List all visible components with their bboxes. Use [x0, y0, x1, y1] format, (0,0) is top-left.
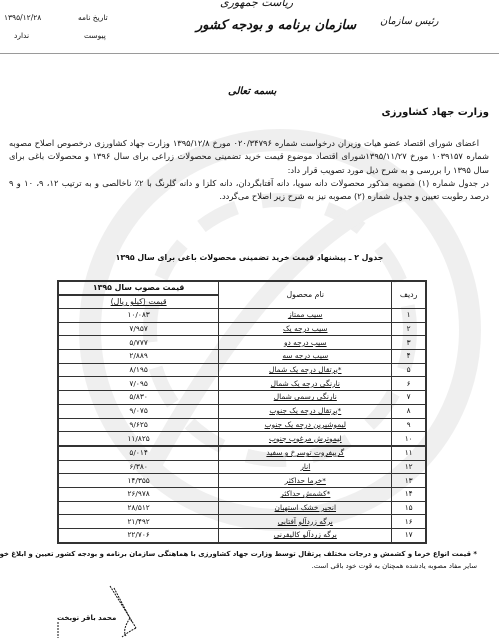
row-number-cell: ۹ — [392, 418, 426, 432]
header-divider — [0, 53, 499, 54]
row-number-cell: ۳ — [392, 336, 426, 350]
product-name-cell: انار — [219, 460, 392, 474]
price-cell: ۹/۶۲۵ — [58, 418, 219, 432]
product-name-cell: نارنگی درجه یک شمال — [219, 377, 392, 391]
organization-name: سازمان برنامه و بودجه کشور — [196, 18, 356, 33]
attachment-label: پیوست — [84, 31, 106, 40]
product-name-cell: برگه زردآلو کالیفرنی — [219, 529, 392, 543]
product-name-cell: سیب درجه سه — [219, 350, 392, 364]
letter-date-label: تاریخ نامه — [78, 13, 108, 22]
table-row: ۱۵انجیر خشک استهبان۲۸/۵۱۲ — [58, 501, 426, 515]
attachment-value: ندارد — [14, 31, 29, 40]
product-name-cell: برگه زردآلو آفتابی — [219, 515, 392, 529]
product-name-cell: سیب درجه یک — [219, 322, 392, 336]
product-name-cell: *کشمش حداکثر — [219, 487, 392, 501]
product-name-cell: انجیر خشک استهبان — [219, 501, 392, 515]
price-cell: ۸/۱۹۵ — [58, 363, 219, 377]
header-approved-price-year: قیمت مصوب سال ۱۳۹۵ — [58, 281, 219, 295]
row-number-cell: ۷ — [392, 391, 426, 405]
price-cell: ۶/۳۸۰ — [58, 460, 219, 474]
product-name-cell: *خرما حداکثر — [219, 474, 392, 488]
row-number-cell: ۱۴ — [392, 487, 426, 501]
price-cell: ۲۱/۴۹۲ — [58, 515, 219, 529]
price-cell: ۲۲/۷۰۶ — [58, 529, 219, 543]
header-price-unit: قیمت (کیلو ریال) — [58, 295, 219, 309]
table-row: ۴سیب درجه سه۲/۸۸۹ — [58, 350, 426, 364]
signature-scribble — [52, 584, 152, 638]
row-number-cell: ۱۰ — [392, 432, 426, 446]
price-cell: ۲۶/۹۷۸ — [58, 487, 219, 501]
footnote-asterisk-note: * قیمت انواع خرما و کشمش و درجات مختلف پ… — [7, 548, 477, 560]
product-name-cell: نارنگی رسمی شمال — [219, 391, 392, 405]
table-row: ۱سیب ممتاز۱۰/۰۸۳ — [58, 309, 426, 323]
row-number-cell: ۱۵ — [392, 501, 426, 515]
guaranteed-price-table: ردیف نام محصول قیمت مصوب سال ۱۳۹۵ قیمت (… — [57, 280, 427, 544]
price-cell: ۷/۰۹۵ — [58, 377, 219, 391]
table-caption: جدول ۲ ـ پیشنهاد قیمت خرید تضمینی محصولا… — [0, 253, 499, 262]
price-cell: ۵/۸۳۰ — [58, 391, 219, 405]
row-number-cell: ۲ — [392, 322, 426, 336]
footnote: * قیمت انواع خرما و کشمش و درجات مختلف پ… — [7, 548, 477, 572]
price-cell: ۲/۸۸۹ — [58, 350, 219, 364]
product-name-cell: سیب ممتاز — [219, 309, 392, 323]
signer-name: محمد باقر نوبخت — [57, 614, 116, 622]
row-number-cell: ۱۷ — [392, 529, 426, 543]
product-name-cell: لیموترش مرغوب جنوب — [219, 432, 392, 446]
body-paragraph: در جدول شماره (۱) مصوبه مذکور محصولات دا… — [9, 177, 489, 204]
row-number-cell: ۴ — [392, 350, 426, 364]
product-name-cell: لیموشیرین درجه یک جنوب — [219, 418, 392, 432]
table-row: ۸*پرتقال درجه یک جنوب۹/۰۷۵ — [58, 404, 426, 418]
price-cell: ۱۰/۰۸۳ — [58, 309, 219, 323]
row-number-cell: ۱۶ — [392, 515, 426, 529]
letterhead: ریاست جمهوری سازمان برنامه و بودجه کشور … — [0, 0, 499, 48]
row-number-cell: ۱۲ — [392, 460, 426, 474]
row-number-cell: ۱۱ — [392, 446, 426, 460]
bismillah-heading: بسمه تعالی — [228, 86, 276, 97]
table-row: ۳سیب درجه دو۵/۷۷۷ — [58, 336, 426, 350]
row-number-cell: ۶ — [392, 377, 426, 391]
table-row: ۱۴*کشمش حداکثر۲۶/۹۷۸ — [58, 487, 426, 501]
letter-body: اعضای شورای اقتصاد عضو هیات وزیران درخوا… — [9, 137, 489, 203]
product-name-cell: *پرتقال درجه یک جنوب — [219, 404, 392, 418]
price-cell: ۵/۷۷۷ — [58, 336, 219, 350]
body-paragraph: اعضای شورای اقتصاد عضو هیات وزیران درخوا… — [9, 137, 489, 177]
presidency-title: ریاست جمهوری — [220, 0, 293, 9]
product-name-cell: *پرتقال درجه یک شمال — [219, 363, 392, 377]
table-row: ۱۳*خرما حداکثر۱۴/۳۵۵ — [58, 474, 426, 488]
price-cell: ۵/۰۱۴ — [58, 446, 219, 460]
table-row: ۱۶برگه زردآلو آفتابی۲۱/۴۹۲ — [58, 515, 426, 529]
row-number-cell: ۸ — [392, 404, 426, 418]
header-row-number: ردیف — [392, 281, 426, 309]
price-cell: ۹/۰۷۵ — [58, 404, 219, 418]
table-row: ۱۲انار۶/۳۸۰ — [58, 460, 426, 474]
table-row: ۹لیموشیرین درجه یک جنوب۹/۶۲۵ — [58, 418, 426, 432]
addressee: وزارت جهاد کشاورزی — [381, 107, 489, 118]
table-row: ۱۱گریپفروت توسرخ و سفید۵/۰۱۴ — [58, 446, 426, 460]
price-cell: ۲۸/۵۱۲ — [58, 501, 219, 515]
table-row: ۲سیب درجه یک۷/۹۵۷ — [58, 322, 426, 336]
table-row: ۵*پرتقال درجه یک شمال۸/۱۹۵ — [58, 363, 426, 377]
price-cell: ۱۱/۸۲۵ — [58, 432, 219, 446]
header-product-name: نام محصول — [219, 281, 392, 309]
table-row: ۱۷برگه زردآلو کالیفرنی۲۲/۷۰۶ — [58, 529, 426, 543]
head-of-organization-title: رئیس سازمان — [380, 16, 439, 27]
price-cell: ۷/۹۵۷ — [58, 322, 219, 336]
product-name-cell: سیب درجه دو — [219, 336, 392, 350]
table-row: ۷نارنگی رسمی شمال۵/۸۳۰ — [58, 391, 426, 405]
row-number-cell: ۱ — [392, 309, 426, 323]
table-row: ۱۰لیموترش مرغوب جنوب۱۱/۸۲۵ — [58, 432, 426, 446]
row-number-cell: ۱۳ — [392, 474, 426, 488]
footnote-remaining-provisions: سایر مفاد مصوبه یادشده همچنان به قوت خود… — [7, 560, 477, 572]
product-name-cell: گریپفروت توسرخ و سفید — [219, 446, 392, 460]
table-row: ۶نارنگی درجه یک شمال۷/۰۹۵ — [58, 377, 426, 391]
row-number-cell: ۵ — [392, 363, 426, 377]
price-cell: ۱۴/۳۵۵ — [58, 474, 219, 488]
letter-date-value: ۱۳۹۵/۱۲/۲۸ — [4, 13, 41, 22]
